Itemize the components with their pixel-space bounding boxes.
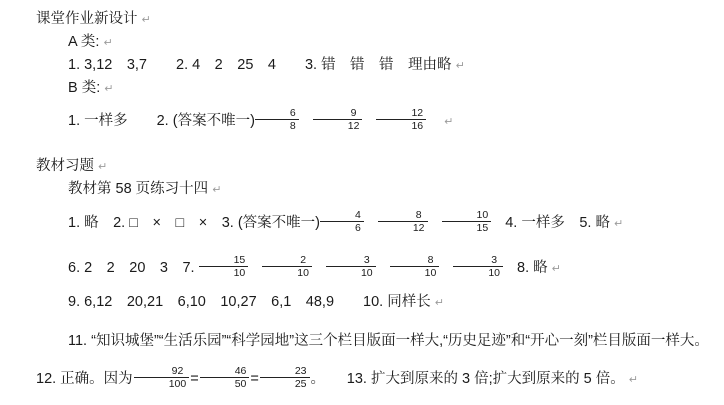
answers-4-5-text: 4. 一样多 5. 略 [505,215,610,231]
answer-13-text: 。 13. 扩大到原来的 3 倍;扩大到原来的 5 倍。 [311,371,625,387]
answers-6-8: 6. 2 2 20 3 7. 15102103108103108. 略↵ [36,248,706,289]
fraction-denominator: 10 [326,267,376,279]
fraction: 810 [390,254,440,279]
section-a-text: A 类: [68,34,99,50]
answers-1-5-text: 1. 略 2. □ × □ × 3. (答案不唯一) [68,215,320,231]
fraction-numerator: 46 [200,365,250,378]
textbook-page-ref-text: 教材第 58 页练习十四 [68,181,208,197]
paragraph-mark-icon: ↵ [98,161,107,173]
fraction-denominator: 15 [442,222,492,234]
fraction-denominator: 25 [260,378,310,390]
textbook-page-ref: 教材第 58 页练习十四↵ [36,178,706,201]
fraction-numerator: 23 [260,365,310,378]
fraction-denominator: 6 [320,222,364,234]
fraction-numerator: 8 [378,209,428,222]
fraction-numerator: 10 [442,209,492,222]
fraction-denominator: 12 [378,222,428,234]
answers-b: 1. 一样多 2. (答案不唯一)689121216↵ [36,100,706,143]
section-a-label: A 类:↵ [36,31,706,54]
answers-9-10: 9. 6,12 20,21 6,10 10,27 6,1 48,9 10. 同样… [36,291,706,314]
doc-title-text: 课堂作业新设计 [36,11,138,27]
fraction-numerator: 3 [326,254,376,267]
equals-sign: = [190,371,198,387]
document-page: 课堂作业新设计↵ A 类:↵ 1. 3,12 3,7 2. 4 2 25 4 3… [0,0,724,405]
fraction-numerator: 4 [320,209,364,222]
paragraph-mark-icon: ↵ [212,184,221,196]
fraction: 210 [262,254,312,279]
answers-9-10-text: 9. 6,12 20,21 6,10 10,27 6,1 48,9 10. 同样… [68,294,431,310]
fraction-denominator: 10 [390,267,440,279]
fraction-denominator: 10 [199,267,249,279]
paragraph-mark-icon: ↵ [435,297,444,309]
fraction-denominator: 16 [376,120,426,132]
fraction: 4650 [200,365,250,390]
paragraph-mark-icon: ↵ [142,14,151,26]
fraction: 1216 [376,107,426,132]
answers-6-7-text: 6. 2 2 20 3 7. [68,260,199,276]
paragraph-mark-icon: ↵ [552,263,561,275]
fraction-denominator: 8 [255,120,299,132]
paragraph-mark-icon: ↵ [456,60,465,72]
fraction-numerator: 12 [376,107,426,120]
fraction-denominator: 50 [200,378,250,390]
answers-a: 1. 3,12 3,7 2. 4 2 25 4 3. 错 错 错 理由略↵ [36,54,706,77]
fraction-numerator: 92 [134,365,190,378]
fraction-numerator: 8 [390,254,440,267]
fraction-numerator: 15 [199,254,249,267]
section-b-text: B 类: [68,80,100,96]
fraction-numerator: 2 [262,254,312,267]
fraction-denominator: 100 [134,378,190,390]
fraction: 1510 [199,254,249,279]
paragraph-mark-icon: ↵ [629,374,638,386]
fraction: 310 [453,254,503,279]
paragraph-mark-icon: ↵ [614,218,623,230]
textbook-heading-text: 教材习题 [36,158,94,174]
paragraph-mark-icon: ↵ [104,83,113,95]
fraction: 68 [255,107,299,132]
paragraph-mark-icon: ↵ [444,116,453,128]
fraction: 812 [378,209,428,234]
answers-1-5: 1. 略 2. □ × □ × 3. (答案不唯一)4681210154. 一样… [36,203,706,244]
fraction-numerator: 6 [255,107,299,120]
section-b-label: B 类:↵ [36,77,706,100]
fraction-denominator: 10 [262,267,312,279]
fraction: 46 [320,209,364,234]
fraction: 1015 [442,209,492,234]
fraction: 310 [326,254,376,279]
fraction-numerator: 9 [313,107,363,120]
textbook-heading: 教材习题↵ [36,155,706,178]
fraction-denominator: 12 [313,120,363,132]
equals-sign: = [250,371,258,387]
fraction: 2325 [260,365,310,390]
fraction: 912 [313,107,363,132]
fraction-denominator: 10 [453,267,503,279]
answers-11-13: 11. “知识城堡”“生活乐园”“科学园地”这三个栏目版面一样大,“历史足迹”和… [36,322,706,399]
answers-a-text: 1. 3,12 3,7 2. 4 2 25 4 3. 错 错 错 理由略 [68,57,452,73]
answers-b-text: 1. 一样多 2. (答案不唯一) [68,113,255,129]
fraction: 92100 [134,365,190,390]
paragraph-mark-icon: ↵ [103,37,112,49]
doc-title: 课堂作业新设计↵ [36,8,706,31]
answer-8-text: 8. 略 [517,260,548,276]
fraction-numerator: 3 [453,254,503,267]
